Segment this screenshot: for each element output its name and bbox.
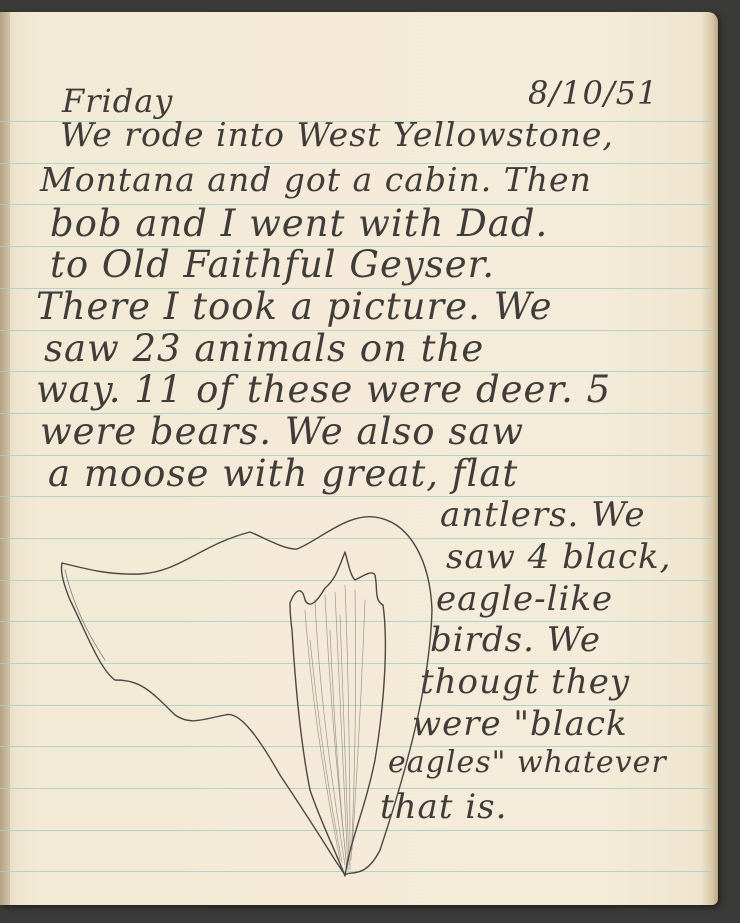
diary-page: Friday 8/10/51 We rode into West Yellows… xyxy=(0,12,718,905)
moose-antler-drawing xyxy=(0,12,718,905)
